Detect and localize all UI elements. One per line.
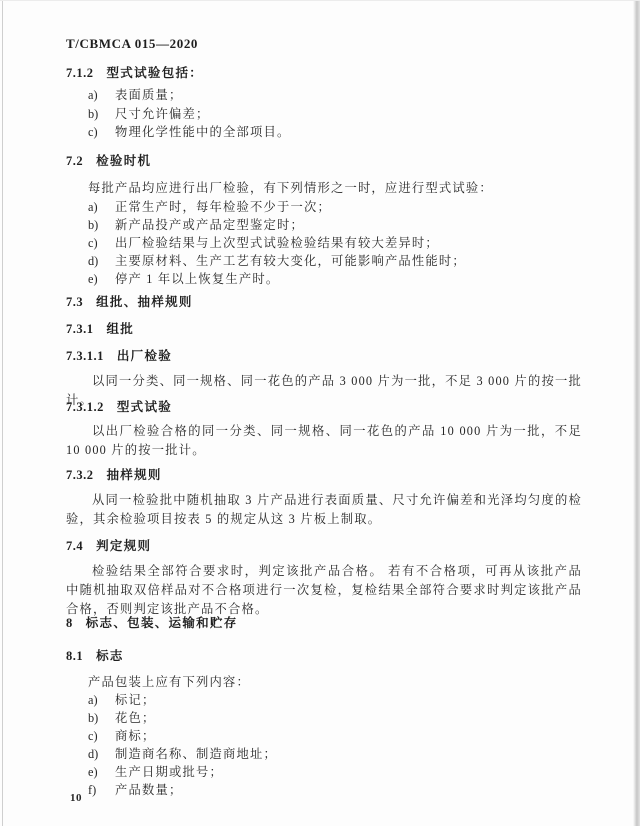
section-number: 7.2 <box>66 154 83 168</box>
doc-header: T/CBMCA 015—2020 <box>66 36 198 52</box>
section-title: 组批 <box>107 322 135 336</box>
paragraph: 每批产品均应进行出厂检验，有下列情形之一时，应进行型式试验： <box>88 178 493 196</box>
list-item: c)物理化学性能中的全部项目。 <box>88 122 290 140</box>
list-text: 产品数量； <box>115 783 183 797</box>
section-title: 出厂检验 <box>117 349 172 363</box>
page-left-edge <box>2 1 3 826</box>
section-number: 7.3.1.1 <box>66 349 104 363</box>
section-heading-7-3-2: 7.3.2抽样规则 <box>66 465 162 483</box>
section-heading-8-1: 8.1标志 <box>66 646 124 664</box>
list-marker: e) <box>88 272 115 287</box>
list-item: f)产品数量； <box>88 780 183 798</box>
list-text: 制造商名称、制造商地址； <box>115 747 277 761</box>
list-marker: c) <box>88 236 115 251</box>
list-text: 尺寸允许偏差； <box>115 107 209 121</box>
list-text: 主要原材料、生产工艺有较大变化，可能影响产品性能时； <box>115 254 466 268</box>
section-title: 标志、包装、运输和贮存 <box>86 616 238 630</box>
section-number: 7.3 <box>66 295 83 309</box>
list-item: c)商标； <box>88 726 156 744</box>
list-marker: c) <box>88 729 115 744</box>
section-heading-7-3-1-1: 7.3.1.1出厂检验 <box>66 346 172 364</box>
list-item: c)出厂检验结果与上次型式试验检验结果有较大差异时； <box>88 233 439 251</box>
list-marker: b) <box>88 218 115 233</box>
section-heading-7-1-2: 7.1.2型式试验包括： <box>66 63 203 81</box>
list-text: 物理化学性能中的全部项目。 <box>115 125 290 139</box>
section-heading-7-3-1: 7.3.1组批 <box>66 319 134 337</box>
list-marker: e) <box>88 765 115 780</box>
list-item: e)停产 1 年以上恢复生产时。 <box>88 269 279 287</box>
section-number: 8.1 <box>66 649 83 663</box>
section-number: 7.3.2 <box>66 468 94 482</box>
paragraph: 从同一检验批中随机抽取 3 片产品进行表面质量、尺寸允许偏差和光泽均匀度的检验，… <box>66 491 582 529</box>
section-number: 8 <box>66 616 73 630</box>
list-item: b)尺寸允许偏差； <box>88 104 209 122</box>
list-text: 正常生产时，每年检验不少于一次； <box>115 200 331 214</box>
list-item: a)标记； <box>88 690 156 708</box>
list-marker: a) <box>88 200 115 215</box>
document-page: T/CBMCA 015—2020 7.1.2型式试验包括： a)表面质量； b)… <box>0 0 640 826</box>
list-item: d)制造商名称、制造商地址； <box>88 744 277 762</box>
list-marker: d) <box>88 254 115 269</box>
list-text: 商标； <box>115 729 156 743</box>
section-number: 7.4 <box>66 539 83 553</box>
section-number: 7.1.2 <box>66 66 94 80</box>
section-heading-8: 8标志、包装、运输和贮存 <box>66 613 238 631</box>
section-heading-7-4: 7.4判定规则 <box>66 536 151 554</box>
section-title: 标志 <box>96 649 124 663</box>
list-text: 生产日期或批号； <box>115 765 223 779</box>
list-item: b)花色； <box>88 708 156 726</box>
section-title: 抽样规则 <box>107 468 162 482</box>
list-text: 出厂检验结果与上次型式试验检验结果有较大差异时； <box>115 236 439 250</box>
list-item: a)正常生产时，每年检验不少于一次； <box>88 197 331 215</box>
list-marker: f) <box>88 783 115 798</box>
section-heading-7-2: 7.2检验时机 <box>66 151 151 169</box>
section-heading-7-3-1-2: 7.3.1.2型式试验 <box>66 397 172 415</box>
list-marker: a) <box>88 88 115 103</box>
section-title: 判定规则 <box>96 539 151 553</box>
list-item: a)表面质量； <box>88 85 183 103</box>
section-title: 型式试验包括： <box>107 66 204 80</box>
list-item: d)主要原材料、生产工艺有较大变化，可能影响产品性能时； <box>88 251 466 269</box>
list-text: 表面质量； <box>115 88 183 102</box>
section-heading-7-3: 7.3组批、抽样规则 <box>66 292 193 310</box>
list-marker: a) <box>88 693 115 708</box>
section-number: 7.3.1.2 <box>66 400 104 414</box>
list-text: 花色； <box>115 711 156 725</box>
list-text: 停产 1 年以上恢复生产时。 <box>115 272 279 286</box>
page-right-edge <box>633 1 640 826</box>
paragraph: 检验结果全部符合要求时，判定该批产品合格。 若有不合格项，可再从该批产品中随机抽… <box>66 562 582 619</box>
list-item: e)生产日期或批号； <box>88 762 223 780</box>
page-number: 10 <box>70 792 82 804</box>
section-title: 型式试验 <box>117 400 172 414</box>
list-text: 新产品投产或产品定型鉴定时； <box>115 218 304 232</box>
paragraph: 产品包装上应有下列内容： <box>88 672 250 690</box>
section-title: 组批、抽样规则 <box>96 295 193 309</box>
list-marker: b) <box>88 711 115 726</box>
section-title: 检验时机 <box>96 154 151 168</box>
list-marker: d) <box>88 747 115 762</box>
paragraph: 以出厂检验合格的同一分类、同一规格、同一花色的产品 10 000 片为一批，不足… <box>66 422 582 460</box>
list-item: b)新产品投产或产品定型鉴定时； <box>88 215 304 233</box>
list-marker: c) <box>88 125 115 140</box>
list-marker: b) <box>88 107 115 122</box>
list-text: 标记； <box>115 693 156 707</box>
section-number: 7.3.1 <box>66 322 94 336</box>
